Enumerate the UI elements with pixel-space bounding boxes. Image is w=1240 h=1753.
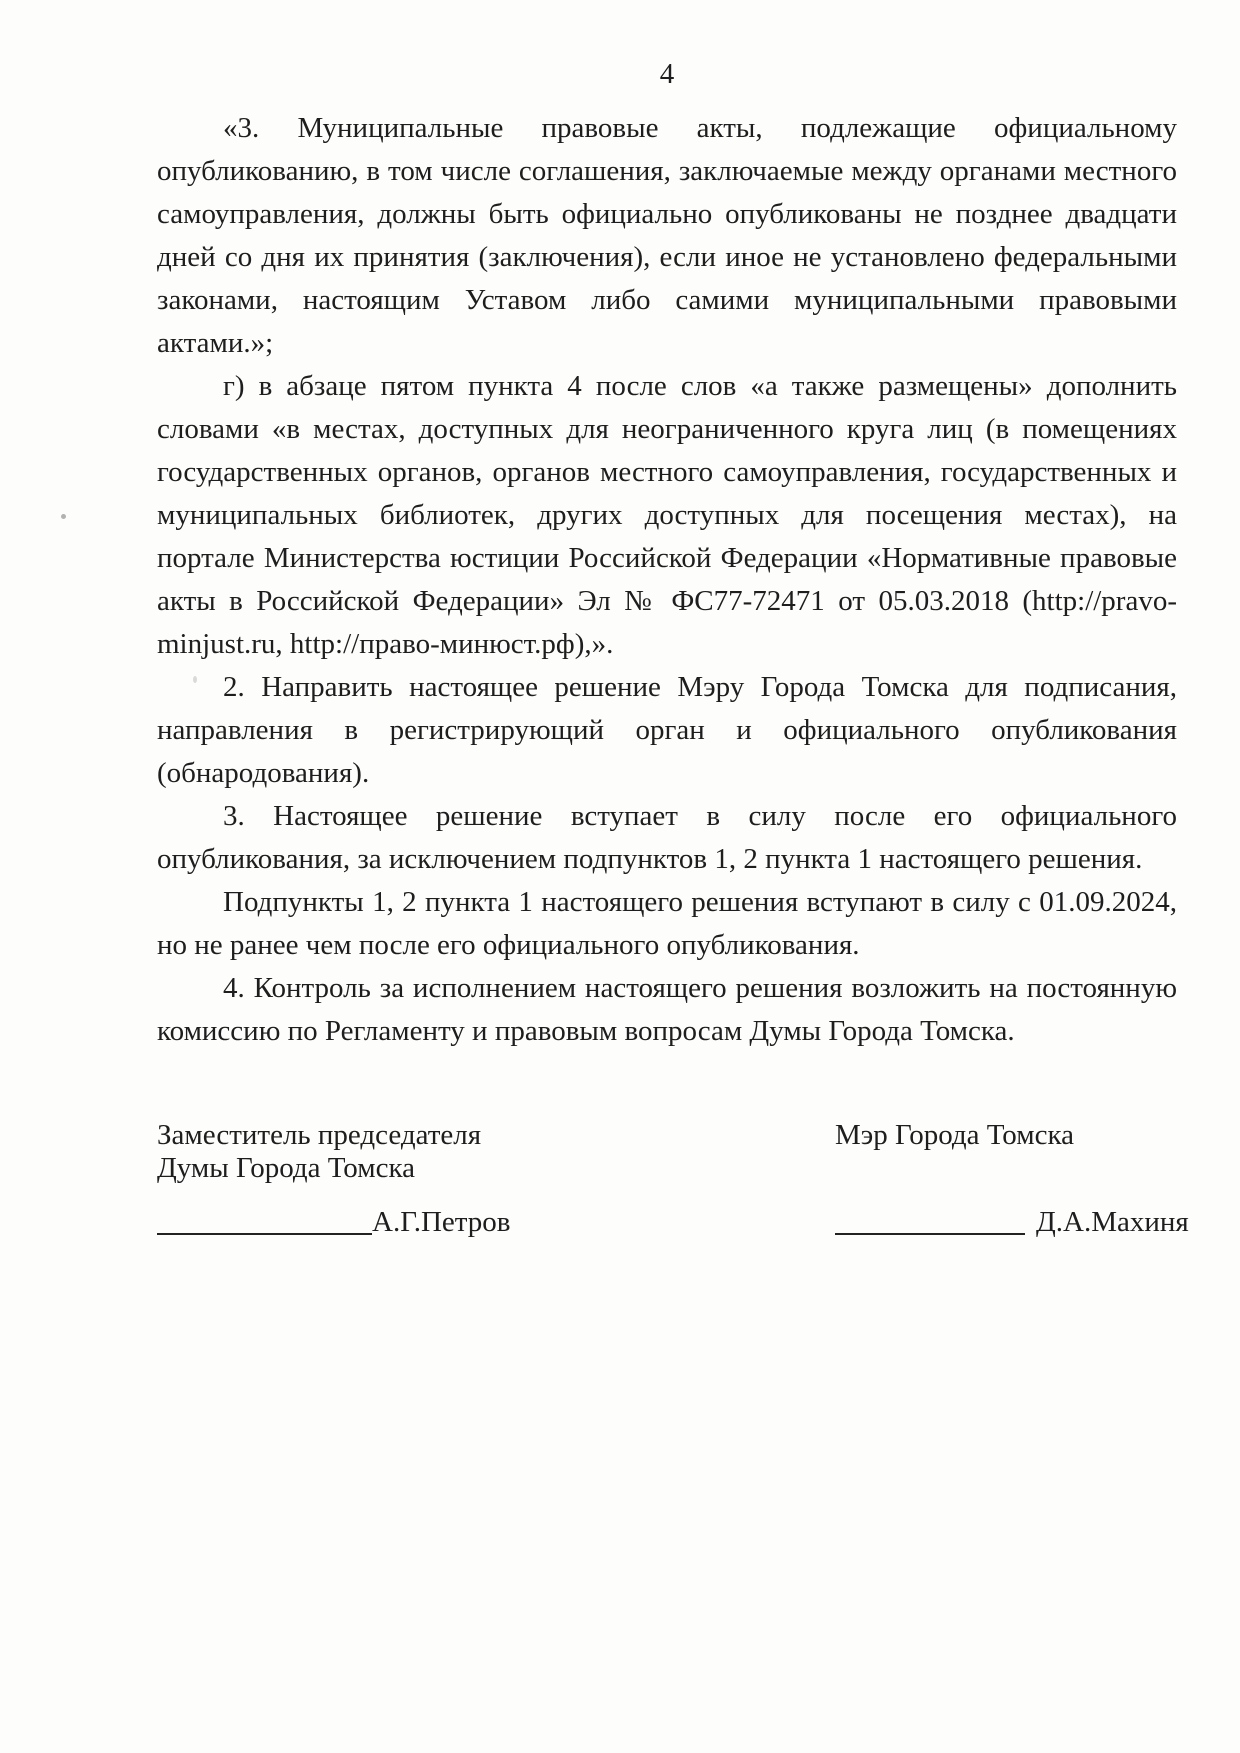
signature-right-title: Мэр Города Томска <box>835 1119 1189 1152</box>
document-body: «3. Муниципальные правовые акты, подлежа… <box>157 107 1177 1053</box>
signature-left-title-line2: Думы Города Томска <box>157 1152 510 1185</box>
signature-block: Заместитель председателя Думы Города Том… <box>157 1119 1177 1259</box>
signature-left-name: А.Г.Петров <box>372 1206 510 1238</box>
signature-right-name-row: Д.А.Махиня <box>835 1201 1189 1244</box>
signature-left: Заместитель председателя Думы Города Том… <box>157 1119 510 1244</box>
signature-right-line <box>835 1208 1025 1235</box>
signature-left-title-line1: Заместитель председателя <box>157 1119 510 1152</box>
page-number: 4 <box>157 55 1177 93</box>
body-paragraph-5: Подпункты 1, 2 пункта 1 настоящего решен… <box>157 881 1177 967</box>
document-page: 4 «3. Муниципальные правовые акты, подле… <box>157 0 1177 1259</box>
body-paragraph-6: 4. Контроль за исполнением настоящего ре… <box>157 967 1177 1053</box>
body-paragraph-1: «3. Муниципальные правовые акты, подлежа… <box>157 107 1177 365</box>
scan-artifact-dot <box>61 514 66 519</box>
scan-artifact-speck <box>193 676 197 683</box>
body-paragraph-4: 3. Настоящее решение вступает в силу пос… <box>157 795 1177 881</box>
signature-right: Мэр Города Томска Д.А.Махиня <box>835 1119 1189 1244</box>
signature-left-line <box>157 1208 372 1235</box>
body-paragraph-2: г) в абзаце пятом пункта 4 после слов «а… <box>157 365 1177 666</box>
body-paragraph-3: 2. Направить настоящее решение Мэру Горо… <box>157 666 1177 795</box>
signature-left-name-row: А.Г.Петров <box>157 1201 510 1244</box>
signature-right-name: Д.А.Махиня <box>1036 1206 1189 1238</box>
